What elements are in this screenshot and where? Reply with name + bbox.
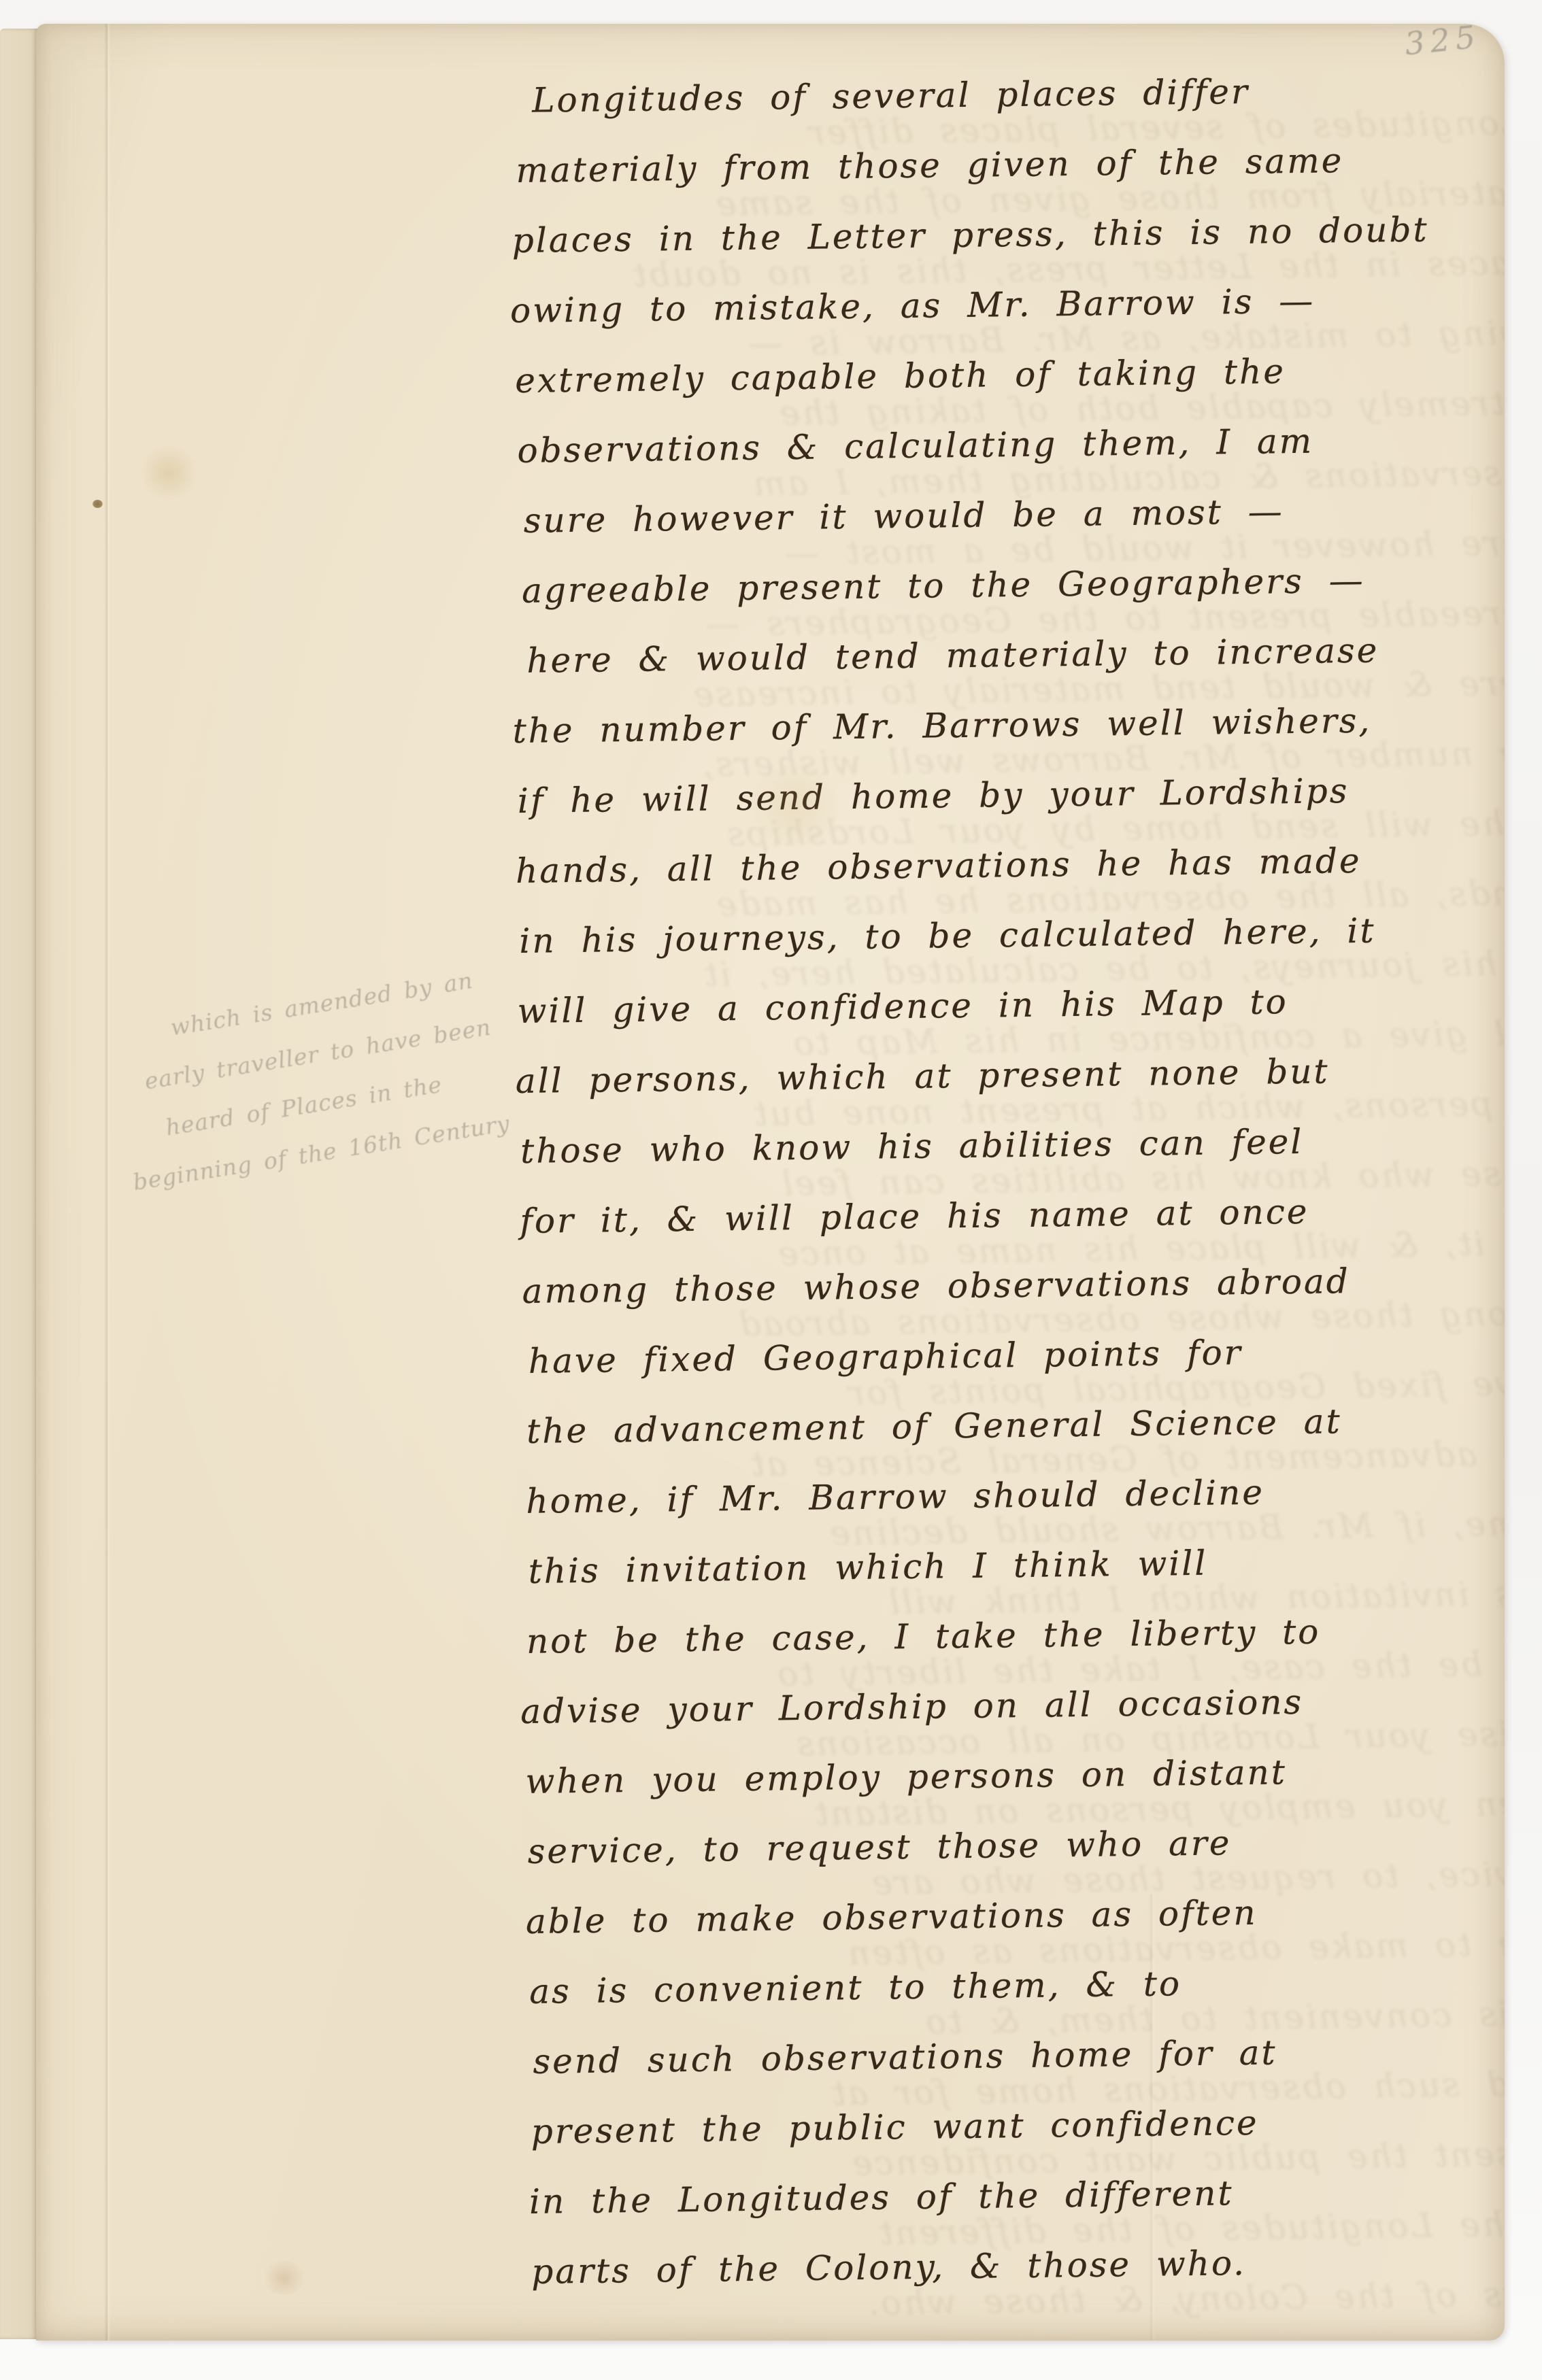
paper-stain xyxy=(743,765,845,847)
paper-stain xyxy=(138,445,199,500)
manuscript-line: owing to mistake, as Mr. Barrow is — xyxy=(510,284,1315,328)
manuscript-line: in his journeys, to be calculated here, … xyxy=(519,914,1376,958)
manuscript-line: able to make observations as often xyxy=(526,1896,1258,1939)
manuscript-line: will give a confidence in his Map to xyxy=(517,985,1288,1028)
manuscript-line: in the Longitudes of the different xyxy=(529,2176,1234,2219)
ink-spot-stain xyxy=(93,500,103,508)
manuscript-line: extremely capable both of taking the xyxy=(515,354,1286,398)
manuscript-line: send such observations home for at xyxy=(533,2035,1277,2078)
manuscript-line: all persons, which at present none but xyxy=(516,1054,1330,1098)
manuscript-line: when you employ persons on distant xyxy=(525,1755,1287,1799)
manuscript-line: agreeable present to the Geographers — xyxy=(522,564,1365,608)
paper-stain xyxy=(261,2261,308,2295)
manuscript-line: advise your Lordship on all occasions xyxy=(520,1685,1303,1729)
manuscript-line: those who know his abilities can feel xyxy=(520,1125,1304,1168)
manuscript-line: places in the Letter press, this is no d… xyxy=(512,213,1429,258)
manuscript-line: not be the case, I take the liberty to xyxy=(526,1615,1321,1659)
manuscript-page: 325 Longitudes of several places differm… xyxy=(36,24,1505,2341)
manuscript-line: sure however it would be a most — xyxy=(524,494,1284,538)
adjacent-page-edge xyxy=(0,29,39,2339)
manuscript-line: hands, all the observations he has made xyxy=(516,844,1362,888)
manuscript-line: materialy from those given of the same xyxy=(516,143,1343,188)
fold-crease xyxy=(104,24,111,2341)
scanned-manuscript: 325 Longitudes of several places differm… xyxy=(0,0,1542,2380)
manuscript-line: this invitation which I think will xyxy=(528,1546,1207,1588)
manuscript-line: parts of the Colony, & those who. xyxy=(531,2246,1246,2289)
manuscript-line: as is convenient to them, & to xyxy=(529,1967,1181,2009)
manuscript-line: home, if Mr. Barrow should decline xyxy=(526,1476,1264,1518)
manuscript-line: among those whose observations abroad xyxy=(522,1264,1350,1308)
manuscript-line: if he will send home by your Lordships xyxy=(518,774,1350,818)
manuscript-line: Longitudes of several places differ xyxy=(532,75,1250,118)
pencil-marginalia: which is amended by anearly traveller to… xyxy=(107,943,581,1207)
manuscript-line: have fixed Geographical points for xyxy=(529,1336,1243,1378)
page-number-pencil: 325 xyxy=(1403,24,1505,63)
manuscript-line: here & would tend materialy to increase xyxy=(526,633,1379,677)
manuscript-line: present the public want confidence xyxy=(531,2106,1258,2149)
manuscript-line: the number of Mr. Barrows well wishers, xyxy=(512,704,1371,748)
manuscript-line: service, to request those who are xyxy=(527,1826,1231,1869)
manuscript-line: the advancement of General Science at xyxy=(526,1404,1342,1448)
manuscript-line: for it, & will place his name at once xyxy=(520,1195,1309,1238)
manuscript-line: observations & calculating them, I am xyxy=(517,424,1313,468)
manuscript-text: Longitudes of several places differmater… xyxy=(512,71,1505,2334)
